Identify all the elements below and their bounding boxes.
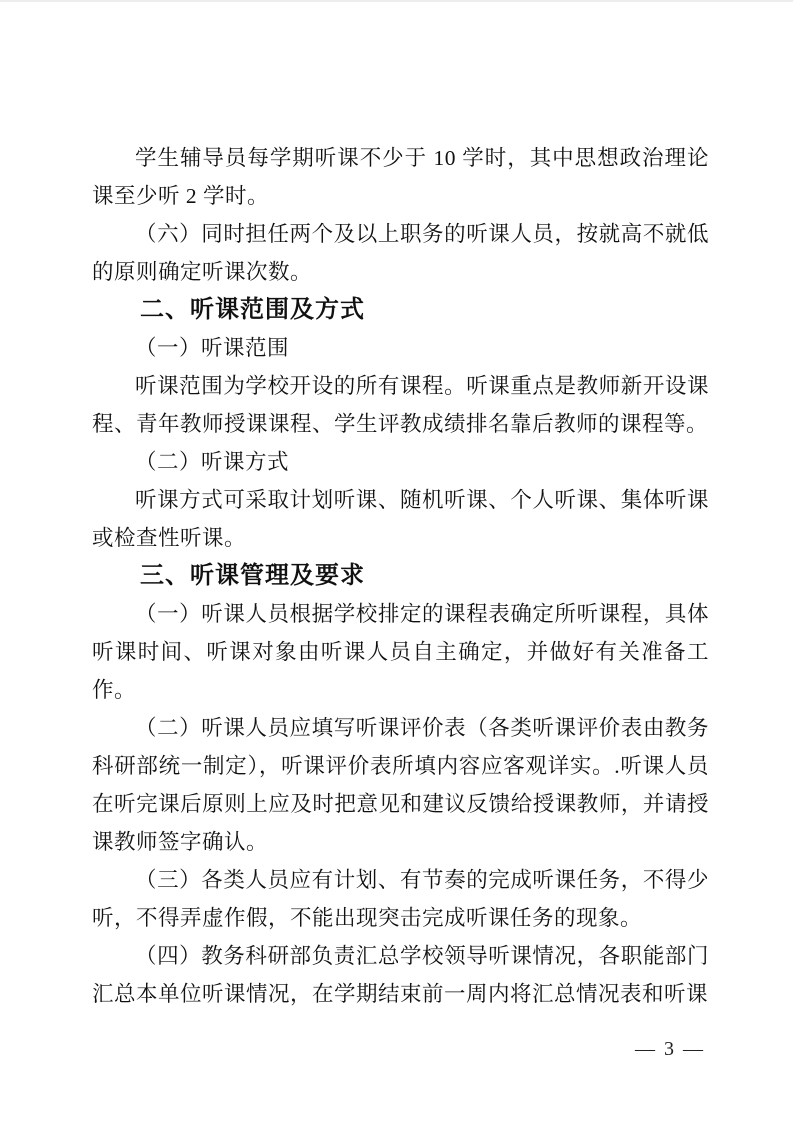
document-body: 学生辅导员每学期听课不少于 10 学时，其中思想政治理论课至少听 2 学时。 （…	[92, 139, 709, 1013]
para-method-subhead: （二）听课方式	[92, 443, 709, 481]
document-page: 学生辅导员每学期听课不少于 10 学时，其中思想政治理论课至少听 2 学时。 （…	[0, 0, 793, 1122]
para-item-1-schedule: （一）听课人员根据学校排定的课程表确定所听课程，具体听课时间、听课对象由听课人员…	[92, 595, 709, 709]
page-number: — 3 —	[635, 1036, 705, 1062]
para-item-6-dual-roles: （六）同时担任两个及以上职务的听课人员，按就高不就低的原则确定听课次数。	[92, 215, 709, 291]
para-item-3-planned-tasks: （三）各类人员应有计划、有节奏的完成听课任务，不得少听，不得弄虚作假，不能出现突…	[92, 861, 709, 937]
heading-section-3: 三、听课管理及要求	[92, 557, 709, 595]
para-method-detail: 听课方式可采取计划听课、随机听课、个人听课、集体听课或检查性听课。	[92, 481, 709, 557]
para-scope-detail: 听课范围为学校开设的所有课程。听课重点是教师新开设课程、青年教师授课课程、学生评…	[92, 367, 709, 443]
para-item-4-summary: （四）教务科研部负责汇总学校领导听课情况，各职能部门汇总本单位听课情况，在学期结…	[92, 937, 709, 1013]
para-item-2-evaluation-form: （二）听课人员应填写听课评价表（各类听课评价表由教务科研部统一制定），听课评价表…	[92, 709, 709, 861]
para-scope-subhead: （一）听课范围	[92, 329, 709, 367]
heading-section-2: 二、听课范围及方式	[92, 291, 709, 329]
para-counselor-hours: 学生辅导员每学期听课不少于 10 学时，其中思想政治理论课至少听 2 学时。	[92, 139, 709, 215]
scan-edge-artifact	[0, 0, 793, 2]
